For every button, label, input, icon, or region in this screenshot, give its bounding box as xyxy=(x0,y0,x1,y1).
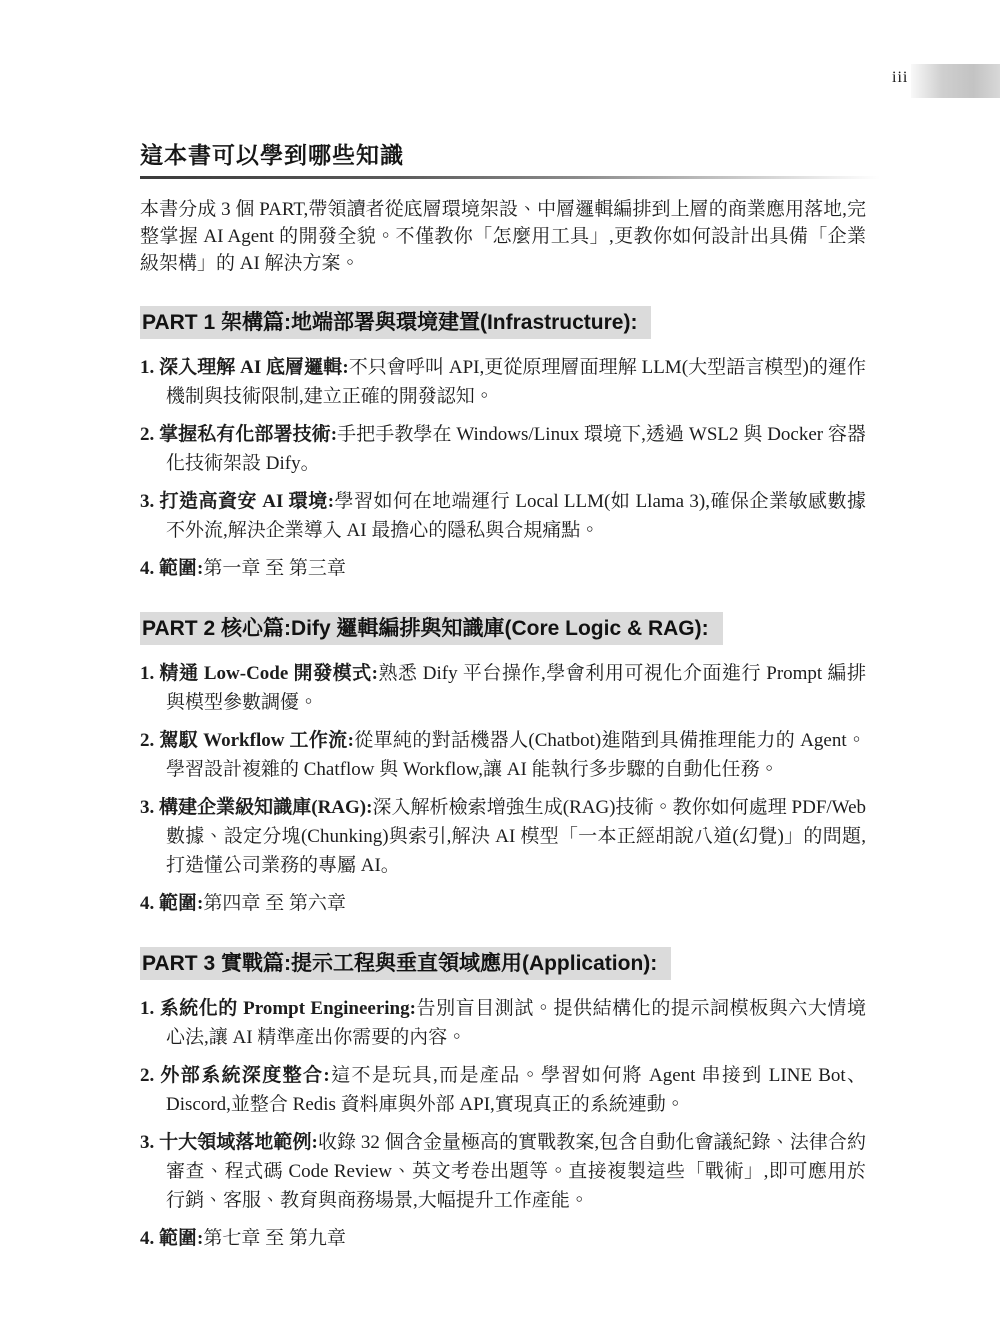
part-2-section: PART 2 核心篇:Dify 邏輯編排與知識庫(Core Logic & RA… xyxy=(140,612,866,918)
list-item: 3. 打造高資安 AI 環境:學習如何在地端運行 Local LLM(如 Lla… xyxy=(140,487,866,545)
item-number: 3. xyxy=(140,491,154,512)
intro-paragraph: 本書分成 3 個 PART,帶領讀者從底層環境架設、中層邏輯編排到上層的商業應用… xyxy=(140,196,866,277)
part-2-heading-text: PART 2 核心篇:Dify 邏輯編排與知識庫(Core Logic & RA… xyxy=(140,612,723,645)
item-label: 打造高資安 AI 環境: xyxy=(160,491,335,512)
item-number: 1. xyxy=(140,357,154,378)
item-text: 第一章 至 第三章 xyxy=(203,558,346,579)
item-number: 3. xyxy=(140,1132,154,1153)
part-3-heading-text: PART 3 實戰篇:提示工程與垂直領域應用(Application): xyxy=(140,947,671,980)
part-1-section: PART 1 架構篇:地端部署與環境建置(Infrastructure): 1.… xyxy=(140,306,866,583)
item-number: 2. xyxy=(140,424,154,445)
page-content: 這本書可以學到哪些知識 本書分成 3 個 PART,帶領讀者從底層環境架設、中層… xyxy=(140,142,866,1253)
item-label: 深入理解 AI 底層邏輯: xyxy=(159,357,349,378)
list-item: 3. 十大領域落地範例:收錄 32 個含金量極高的實戰教案,包含自動化會議紀錄、… xyxy=(140,1128,866,1215)
book-page: iii 這本書可以學到哪些知識 本書分成 3 個 PART,帶領讀者從底層環境架… xyxy=(0,0,1000,1341)
item-label: 構建企業級知識庫(RAG): xyxy=(159,797,372,818)
item-number: 2. xyxy=(140,730,154,751)
item-label: 掌握私有化部署技術: xyxy=(159,424,337,445)
item-number: 4. xyxy=(140,1228,154,1249)
title-underline-rule xyxy=(140,176,880,179)
list-item: 4. 範圍:第一章 至 第三章 xyxy=(140,554,866,583)
part-1-heading: PART 1 架構篇:地端部署與環境建置(Infrastructure): xyxy=(140,306,866,339)
list-item: 2. 外部系統深度整合:這不是玩具,而是產品。學習如何將 Agent 串接到 L… xyxy=(140,1061,866,1119)
section-title: 這本書可以學到哪些知識 xyxy=(140,142,866,169)
item-label: 駕馭 Workflow 工作流: xyxy=(159,730,354,751)
item-number: 4. xyxy=(140,558,154,579)
item-label: 外部系統深度整合: xyxy=(160,1065,329,1086)
item-number: 4. xyxy=(140,893,154,914)
part-1-heading-text: PART 1 架構篇:地端部署與環境建置(Infrastructure): xyxy=(140,306,651,339)
item-number: 3. xyxy=(140,797,154,818)
item-label: 系統化的 Prompt Engineering: xyxy=(160,998,416,1019)
list-item: 2. 駕馭 Workflow 工作流:從單純的對話機器人(Chatbot)進階到… xyxy=(140,726,866,784)
item-label: 範圍: xyxy=(159,558,203,579)
list-item: 2. 掌握私有化部署技術:手把手教學在 Windows/Linux 環境下,透過… xyxy=(140,420,866,478)
list-item: 4. 範圍:第四章 至 第六章 xyxy=(140,889,866,918)
item-label: 範圍: xyxy=(159,893,203,914)
part-3-section: PART 3 實戰篇:提示工程與垂直領域應用(Application): 1. … xyxy=(140,947,866,1253)
list-item: 3. 構建企業級知識庫(RAG):深入解析檢索增強生成(RAG)技術。教你如何處… xyxy=(140,793,866,880)
list-item: 4. 範圍:第七章 至 第九章 xyxy=(140,1224,866,1253)
list-item: 1. 深入理解 AI 底層邏輯:不只會呼叫 API,更從原理層面理解 LLM(大… xyxy=(140,353,866,411)
page-number: iii xyxy=(892,69,908,87)
item-number: 2. xyxy=(140,1065,154,1086)
item-number: 1. xyxy=(140,663,154,684)
header-gradient-bar xyxy=(911,64,1000,98)
part-2-heading: PART 2 核心篇:Dify 邏輯編排與知識庫(Core Logic & RA… xyxy=(140,612,866,645)
item-label: 十大領域落地範例: xyxy=(159,1132,318,1153)
list-item: 1. 系統化的 Prompt Engineering:告別盲目測試。提供結構化的… xyxy=(140,994,866,1052)
item-text: 第四章 至 第六章 xyxy=(203,893,346,914)
item-number: 1. xyxy=(140,998,154,1019)
item-label: 範圍: xyxy=(159,1228,203,1249)
part-3-heading: PART 3 實戰篇:提示工程與垂直領域應用(Application): xyxy=(140,947,866,980)
item-text: 第七章 至 第九章 xyxy=(203,1228,346,1249)
item-label: 精通 Low-Code 開發模式: xyxy=(160,663,378,684)
list-item: 1. 精通 Low-Code 開發模式:熟悉 Dify 平台操作,學會利用可視化… xyxy=(140,659,866,717)
